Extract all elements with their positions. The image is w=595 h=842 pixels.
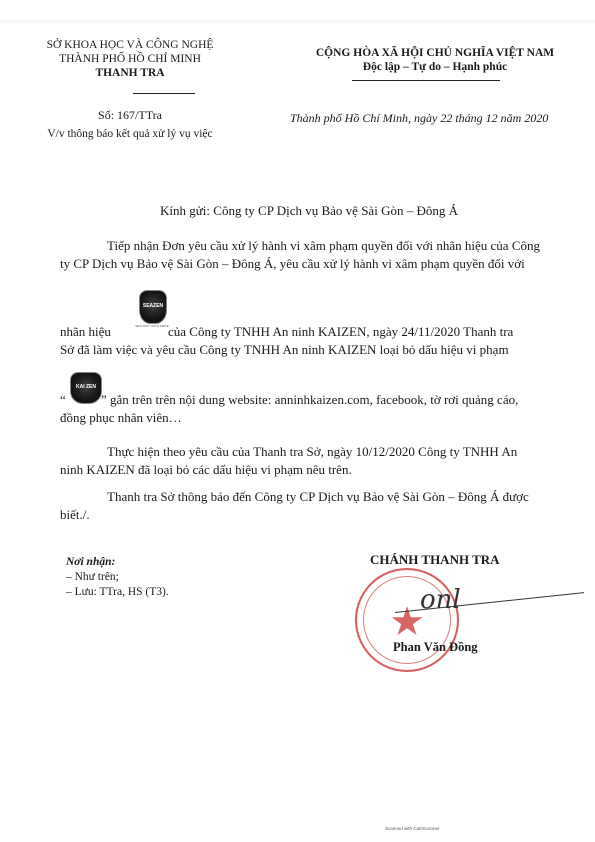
p3-line1: Thanh tra Sở thông báo đến Công ty CP Dị… [107,488,529,506]
p1-line3b: của Công ty TNHH An ninh KAIZEN, ngày 24… [168,323,513,341]
p1-line3a: nhãn hiệu [60,323,111,341]
signer-title: CHÁNH THANH TRA [370,552,500,568]
agency-line2: THÀNH PHỐ HỒ CHÍ MINH [30,52,230,66]
national-motto: CỘNG HÒA XÃ HỘI CHỦ NGHĨA VIỆT NAM Độc l… [290,46,580,74]
document-subject: V/v thông báo kết quả xử lý vụ việc [30,128,230,140]
kaizen-logo-icon: KAI ZEN [70,372,102,404]
motto-line1: CỘNG HÒA XÃ HỘI CHỦ NGHĨA VIỆT NAM [290,46,580,60]
p1-line6: đồng phục nhân viên… [60,409,182,427]
p2-line2: ninh KAIZEN đã loại bỏ các dấu hiệu vi p… [60,461,352,479]
agency-line1: SỞ KHOA HỌC VÀ CÔNG NGHỆ [30,38,230,52]
agency-underline [133,93,195,94]
motto-underline [352,80,500,81]
recipients-title: Nơi nhận: [66,555,169,570]
p1-line1: Tiếp nhận Đơn yêu cầu xử lý hành vi xâm … [107,237,540,255]
p1-line5b: ” gắn trên trên nội dung website: anninh… [101,391,518,409]
seazen-logo-icon: SEAZEN [139,290,167,324]
p1-line5a: “ [60,391,66,409]
motto-line2: Độc lập – Tự do – Hạnh phúc [290,60,580,74]
p1-line2: ty CP Dịch vụ Bảo vệ Sài Gòn – Đông Á, y… [60,255,525,273]
p3-line2: biết./. [60,506,90,524]
recipient-line: Kính gửi: Công ty CP Dịch vụ Bảo vệ Sài … [160,203,458,219]
recipients-item: – Lưu: TTra, HS (T3). [66,585,169,600]
dateline: Thành phố Hồ Chí Minh, ngày 22 tháng 12 … [290,111,590,126]
p1-line4: Sở đã làm việc và yêu cầu Công ty TNHH A… [60,341,509,359]
scan-edge [0,20,595,24]
agency-line3: THANH TRA [30,66,230,80]
scanner-watermark: Scanned with CamScanner [385,826,440,831]
recipients-block: Nơi nhận: – Như trên; – Lưu: TTra, HS (T… [66,555,169,600]
handwritten-signature: onl [420,585,461,615]
official-seal-icon: ★ [355,568,459,672]
seazen-logo-caption: SECURITY WITH SMILE [135,324,169,328]
signer-name: Phan Văn Đồng [393,640,478,655]
recipients-item: – Như trên; [66,570,169,585]
issuing-agency: SỞ KHOA HỌC VÀ CÔNG NGHỆ THÀNH PHỐ HỒ CH… [30,38,230,80]
document-number: Số: 167/TTra [30,108,230,123]
p2-line1: Thực hiện theo yêu cầu của Thanh tra Sở,… [107,443,517,461]
